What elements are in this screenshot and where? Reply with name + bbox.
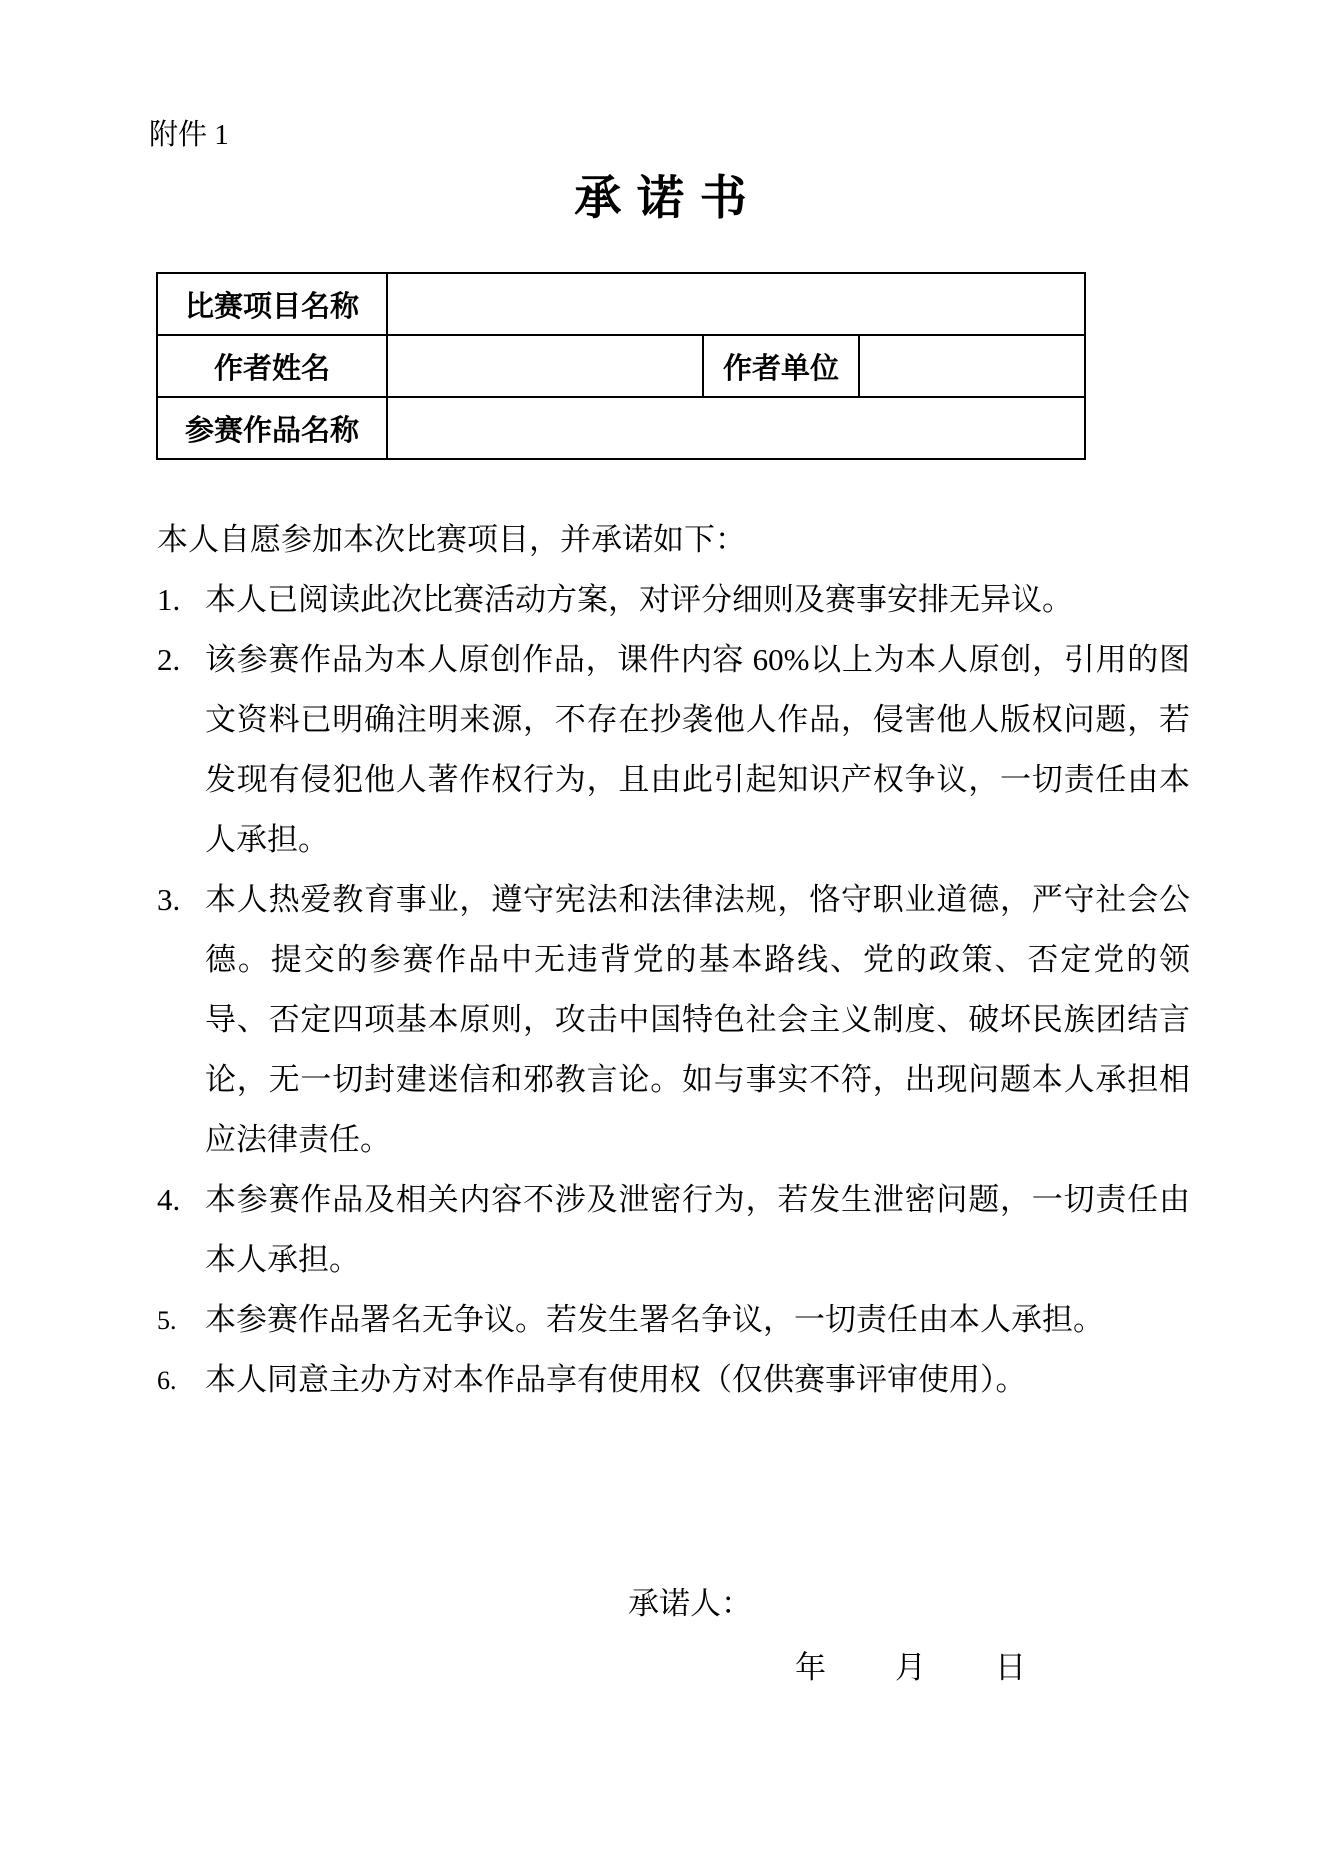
list-item-text: 本参赛作品署名无争议。若发生署名争议，一切责任由本人承担。	[205, 1302, 1104, 1337]
list-item-number: 3.	[157, 870, 205, 930]
list-item: 6. 本人同意主办方对本作品享有使用权（仅供赛事评审使用）。	[157, 1350, 1190, 1410]
list-item: 4. 本参赛作品及相关内容不涉及泄密行为，若发生泄密问题，一切责任由本人承担。	[157, 1170, 1190, 1290]
input-cell-author-organization[interactable]	[859, 335, 1085, 397]
list-item-number: 6.	[157, 1350, 205, 1412]
signer-label: 承诺人：	[628, 1586, 752, 1622]
pledge-list: 1. 本人已阅读此次比赛活动方案，对评分细则及赛事安排无异议。 2. 该参赛作品…	[157, 570, 1190, 1410]
date-year-label: 年	[795, 1650, 826, 1686]
input-cell-author-name[interactable]	[387, 335, 703, 397]
list-item: 3. 本人热爱教育事业，遵守宪法和法律法规，恪守职业道德，严守社会公德。提交的参…	[157, 870, 1190, 1170]
label-author-organization: 作者单位	[703, 335, 859, 397]
list-item-text: 本人热爱教育事业，遵守宪法和法律法规，恪守职业道德，严守社会公德。提交的参赛作品…	[205, 882, 1190, 1157]
list-item-text: 本人同意主办方对本作品享有使用权（仅供赛事评审使用）。	[205, 1362, 1027, 1397]
list-item-text: 本人已阅读此次比赛活动方案，对评分细则及赛事安排无异议。	[205, 582, 1073, 617]
list-item: 1. 本人已阅读此次比赛活动方案，对评分细则及赛事安排无异议。	[157, 570, 1190, 630]
page-title: 承 诺 书	[0, 174, 1323, 226]
list-item-number: 1.	[157, 570, 205, 630]
list-item-number: 5.	[157, 1290, 205, 1352]
date-day-label: 日	[995, 1650, 1026, 1686]
list-item-text: 本参赛作品及相关内容不涉及泄密行为，若发生泄密问题，一切责任由本人承担。	[205, 1182, 1190, 1277]
list-item-number: 4.	[157, 1170, 205, 1230]
input-cell-competition-name[interactable]	[387, 273, 1085, 335]
list-item: 2. 该参赛作品为本人原创作品，课件内容 60%以上为本人原创，引用的图文资料已…	[157, 630, 1190, 870]
info-table: 比赛项目名称 作者姓名 作者单位 参赛作品名称	[156, 272, 1086, 460]
attachment-label: 附件 1	[149, 120, 229, 152]
table-row-entry-work: 参赛作品名称	[157, 397, 1085, 459]
table-row-author: 作者姓名 作者单位	[157, 335, 1085, 397]
list-item-text: 该参赛作品为本人原创作品，课件内容 60%以上为本人原创，引用的图文资料已明确注…	[205, 642, 1190, 857]
intro-paragraph: 本人自愿参加本次比赛项目，并承诺如下：	[157, 510, 1190, 570]
document-page: 附件 1 承 诺 书 比赛项目名称 作者姓名 作者单位 参赛作品名称 本人自愿参…	[0, 0, 1323, 1871]
label-competition-name: 比赛项目名称	[157, 273, 387, 335]
date-month-label: 月	[895, 1650, 926, 1686]
label-entry-work-name: 参赛作品名称	[157, 397, 387, 459]
input-cell-entry-work-name[interactable]	[387, 397, 1085, 459]
pledge-body: 本人自愿参加本次比赛项目，并承诺如下： 1. 本人已阅读此次比赛活动方案，对评分…	[157, 510, 1190, 1410]
date-line: 年 月 日	[795, 1650, 1026, 1686]
table-row-competition: 比赛项目名称	[157, 273, 1085, 335]
list-item: 5. 本参赛作品署名无争议。若发生署名争议，一切责任由本人承担。	[157, 1290, 1190, 1350]
label-author-name: 作者姓名	[157, 335, 387, 397]
list-item-number: 2.	[157, 630, 205, 690]
